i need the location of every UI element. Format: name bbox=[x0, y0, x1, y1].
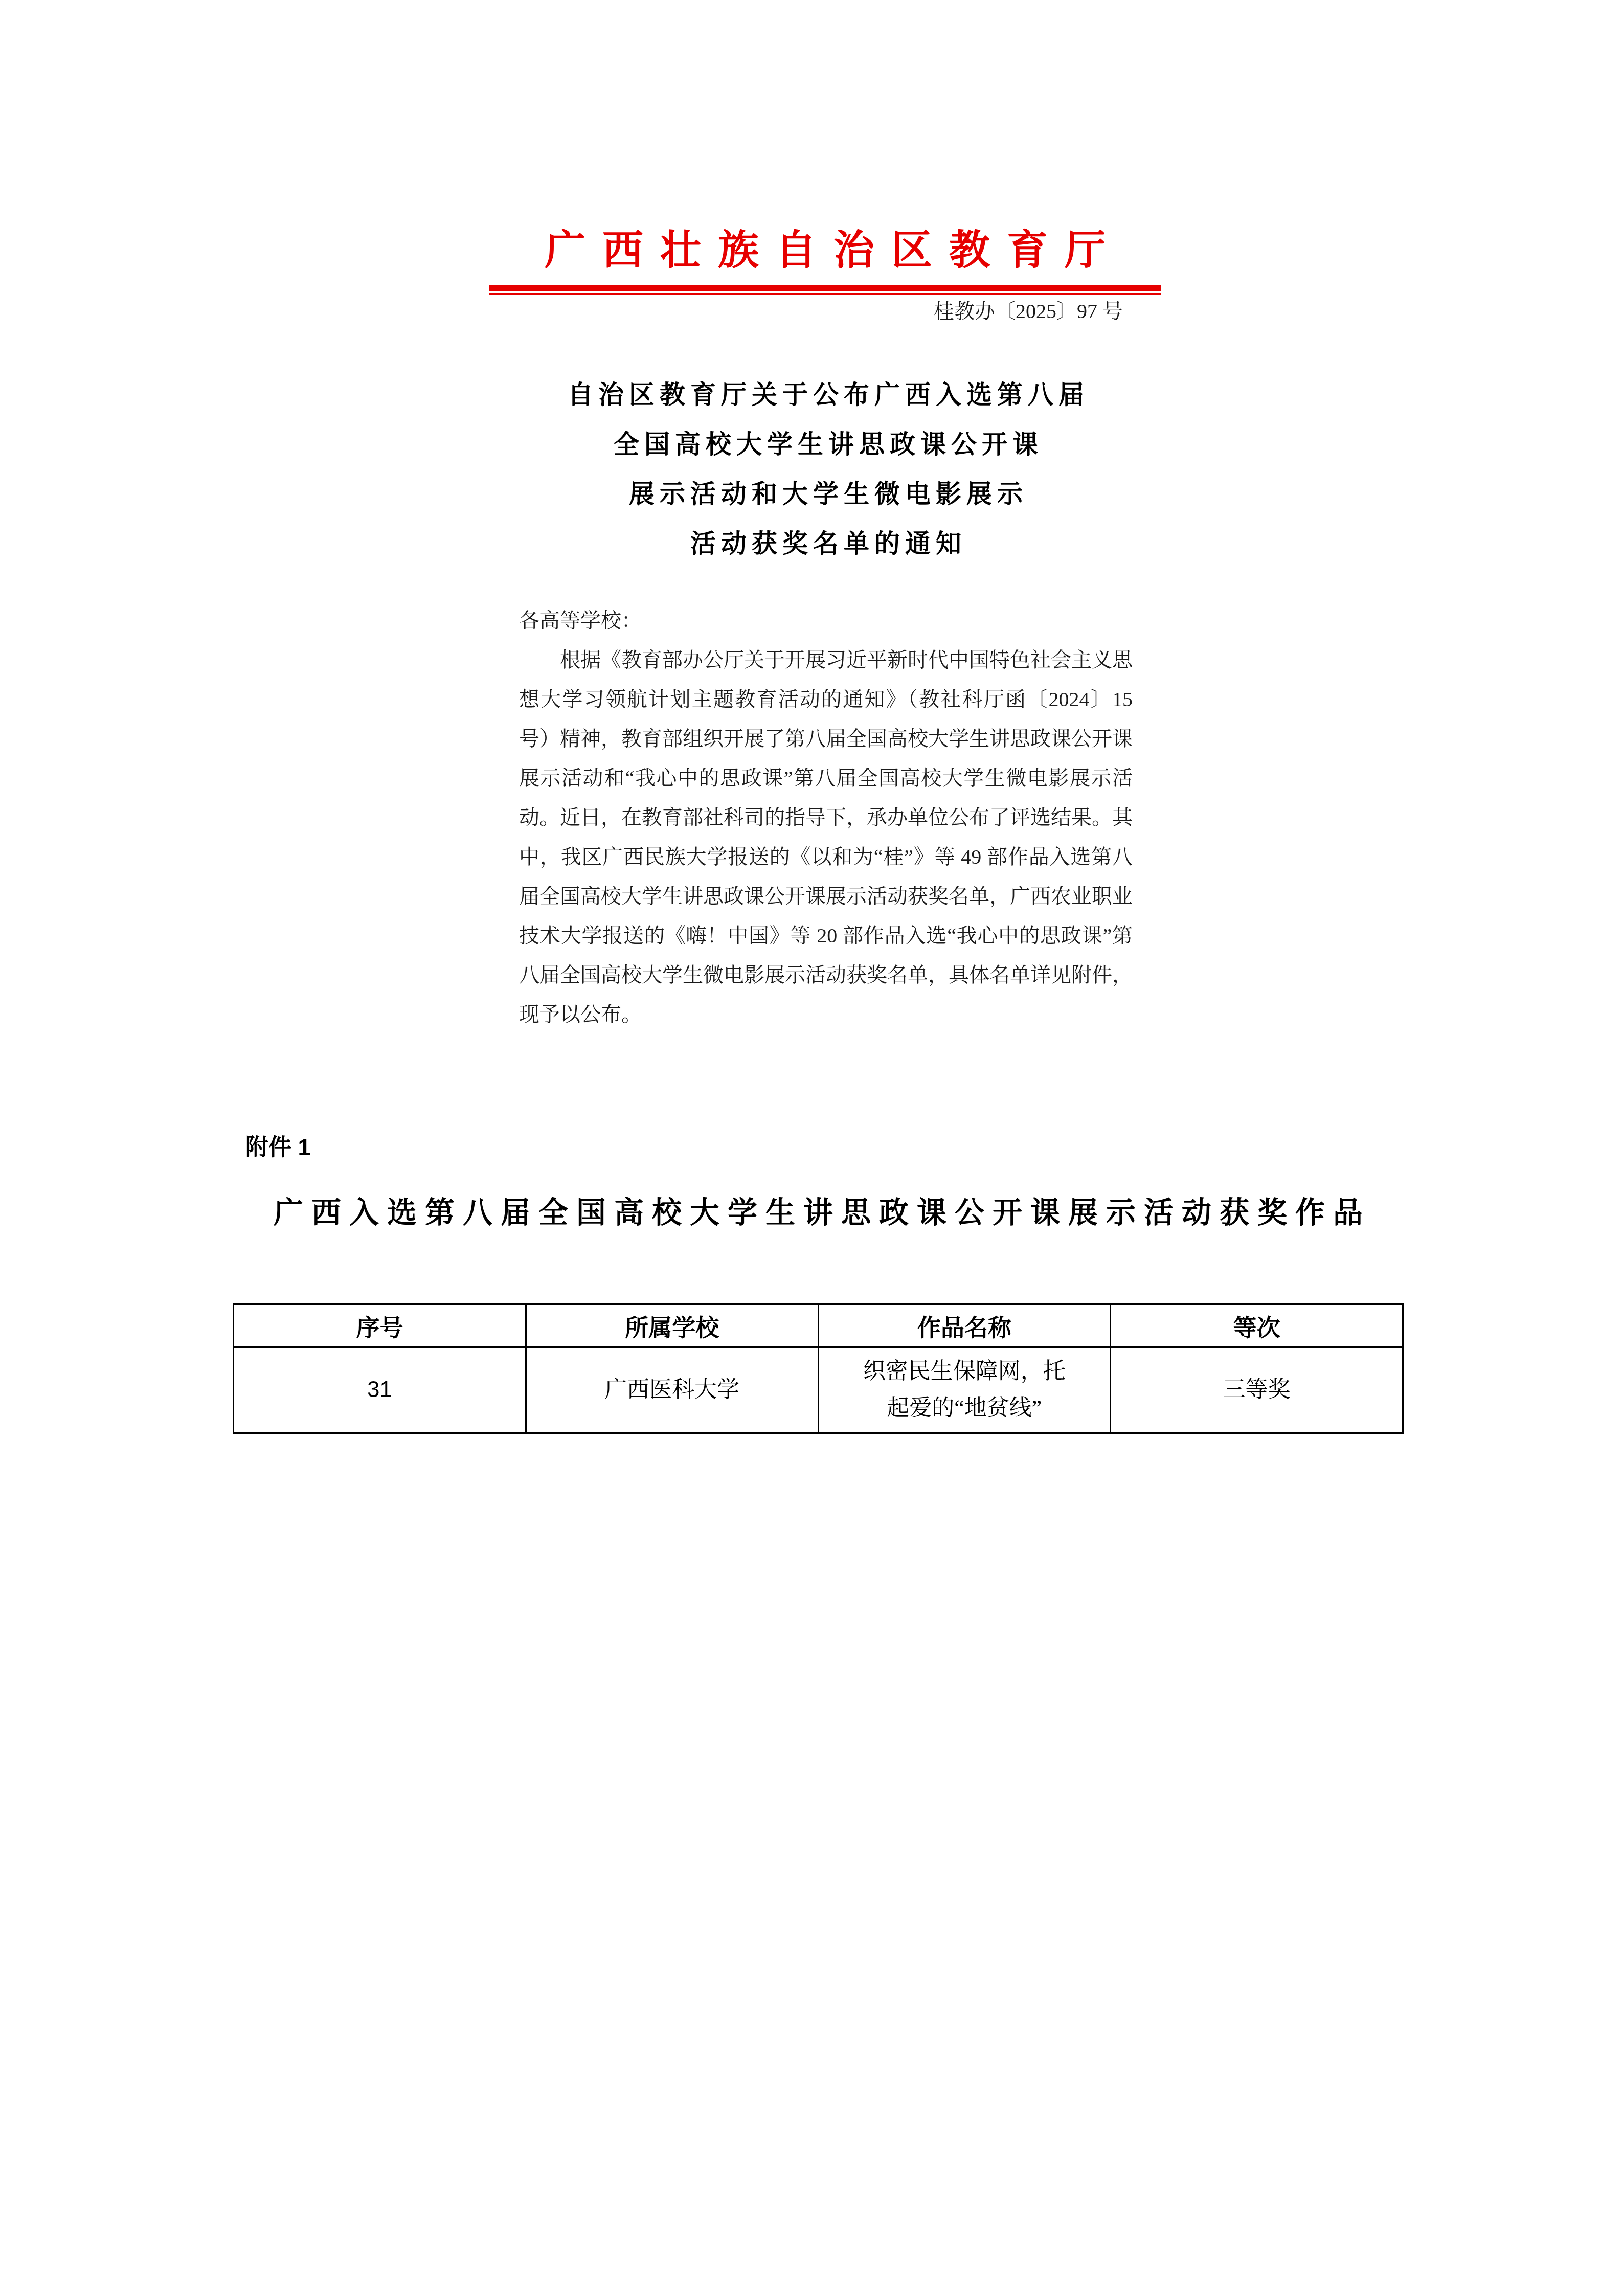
letterhead-org-name: 广西壮族自治区教育厅 bbox=[489, 227, 1161, 274]
notice-title: 自治区教育厅关于公布广西入选第八届 全国高校大学生讲思政课公开课 展示活动和大学… bbox=[519, 370, 1133, 569]
award-table: 序号 所属学校 作品名称 等次 31 广西医科大学 织密民生保障网，托 起爱的“… bbox=[233, 1303, 1404, 1434]
doc-number: 桂教办〔2025〕97 号 bbox=[519, 300, 1123, 323]
column-header-work-name: 作品名称 bbox=[818, 1304, 1111, 1347]
salutation: 各高等学校： bbox=[519, 601, 1133, 640]
notice-body: 各高等学校： 根据《教育部办公厅关于开展习近平新时代中国特色社会主义思想大学习领… bbox=[519, 601, 1133, 1034]
notice-title-line-2: 全国高校大学生讲思政课公开课 bbox=[519, 420, 1133, 469]
column-header-award: 等次 bbox=[1111, 1304, 1403, 1347]
column-header-school: 所属学校 bbox=[526, 1304, 818, 1347]
attachment-title: 广西入选第八届全国高校大学生讲思政课公开课展示活动获奖作品 bbox=[233, 1196, 1404, 1230]
document-page: 广西壮族自治区教育厅 桂教办〔2025〕97 号 自治区教育厅关于公布广西入选第… bbox=[0, 0, 1623, 2296]
table-header-row: 序号 所属学校 作品名称 等次 bbox=[234, 1304, 1403, 1347]
cell-award: 三等奖 bbox=[1111, 1347, 1403, 1433]
notice-paragraph: 根据《教育部办公厅关于开展习近平新时代中国特色社会主义思想大学习领航计划主题教育… bbox=[519, 640, 1133, 1034]
notice-title-line-3: 展示活动和大学生微电影展示 bbox=[519, 469, 1133, 519]
column-header-serial: 序号 bbox=[234, 1304, 526, 1347]
notice-title-line-1: 自治区教育厅关于公布广西入选第八届 bbox=[519, 370, 1133, 420]
cell-work-name: 织密民生保障网，托 起爱的“地贫线” bbox=[818, 1347, 1111, 1433]
letterhead-red-rule bbox=[489, 285, 1161, 295]
cell-serial: 31 bbox=[234, 1347, 526, 1433]
cell-school: 广西医科大学 bbox=[526, 1347, 818, 1433]
attachment-label: 附件 1 bbox=[245, 1134, 311, 1161]
notice-title-line-4: 活动获奖名单的通知 bbox=[519, 519, 1133, 569]
table-row: 31 广西医科大学 织密民生保障网，托 起爱的“地贫线” 三等奖 bbox=[234, 1347, 1403, 1433]
